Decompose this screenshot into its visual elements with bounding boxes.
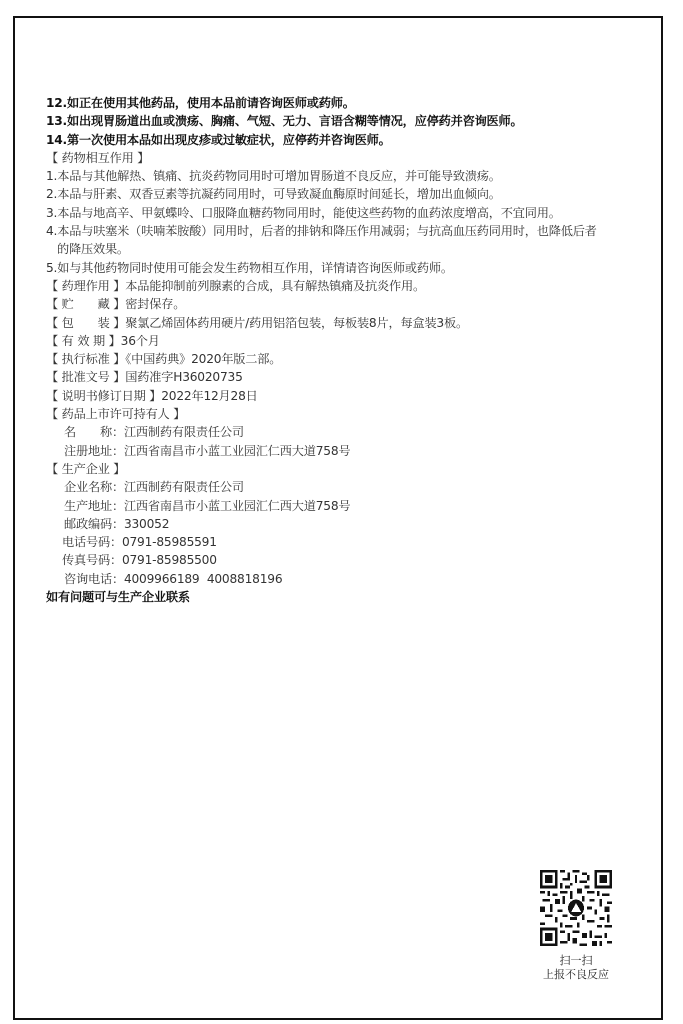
- row-label: 邮政编码：: [64, 517, 124, 531]
- precaution-12: 12.如正在使用其他药品，使用本品前请咨询医师或药师。: [46, 94, 656, 112]
- row-value: 0791-85985591: [122, 535, 217, 549]
- row-label: 传真号码：: [62, 553, 122, 567]
- field-label: 【 说明书修订日期 】: [46, 389, 161, 403]
- field-approval-number: 【 批准文号 】国药准字H36020735: [46, 368, 656, 386]
- field-value: 密封保存。: [125, 297, 185, 311]
- field-value: 本品能抑制前列腺素的合成，具有解热镇痛及抗炎作用。: [125, 279, 425, 293]
- precaution-14: 14.第一次使用本品如出现皮疹或过敏症状，应停药并咨询医师。: [46, 131, 656, 149]
- precaution-13: 13.如出现胃肠道出血或溃疡、胸痛、气短、无力、言语含糊等情况，应停药并咨询医师…: [46, 112, 656, 130]
- row-label: 生产地址：: [64, 499, 124, 513]
- field-standard: 【 执行标准 】《中国药典》2020年版二部。: [46, 350, 656, 368]
- row-value: 0791-85985500: [122, 553, 217, 567]
- field-value: 36个月: [121, 334, 160, 348]
- manufacturer-heading: 【 生产企业 】: [46, 460, 656, 478]
- manufacturer-hotline: 咨询电话：4009966189 4008818196: [46, 570, 656, 588]
- field-revision-date: 【 说明书修订日期 】2022年12月28日: [46, 387, 656, 405]
- field-label: 【 有 效 期 】: [46, 334, 121, 348]
- manufacturer-address: 生产地址：江西省南昌市小蓝工业园汇仁西大道758号: [46, 497, 656, 515]
- row-label: 咨询电话：: [64, 572, 124, 586]
- row-value: 330052: [124, 517, 169, 531]
- manufacturer-fax: 传真号码：0791-85985500: [46, 551, 656, 569]
- manufacturer-name: 企业名称：江西制药有限责任公司: [46, 478, 656, 496]
- footer-note: 如有问题可与生产企业联系: [46, 588, 656, 606]
- holder-heading: 【 药品上市许可持有人 】: [46, 405, 656, 423]
- field-value: 《中国药典》2020年版二部。: [125, 352, 281, 366]
- row-value: 江西省南昌市小蓝工业园汇仁西大道758号: [124, 444, 350, 458]
- field-label: 【 包 装 】: [46, 316, 125, 330]
- row-value: 江西制药有限责任公司: [124, 480, 244, 494]
- field-pharmacology: 【 药理作用 】本品能抑制前列腺素的合成，具有解热镇痛及抗炎作用。: [46, 277, 656, 295]
- interaction-item-4: 4.本品与呋塞米（呋喃苯胺酸）同用时，后者的排钠和降压作用减弱；与抗高血压药同用…: [46, 222, 656, 240]
- row-value: 4009966189 4008818196: [124, 572, 282, 586]
- field-label: 【 贮 藏 】: [46, 297, 125, 311]
- field-value: 聚氯乙烯固体药用硬片/药用铝箔包装，每板装8片，每盒装3板。: [125, 316, 468, 330]
- interaction-item-4-cont: 的降压效果。: [46, 240, 656, 258]
- leaflet-content: 12.如正在使用其他药品，使用本品前请咨询医师或药师。 13.如出现胃肠道出血或…: [46, 94, 656, 606]
- qr-code-icon[interactable]: [540, 870, 612, 946]
- row-label: 企业名称：: [64, 480, 124, 494]
- manufacturer-phone: 电话号码：0791-85985591: [46, 533, 656, 551]
- interactions-heading: 【 药物相互作用 】: [46, 149, 656, 167]
- interaction-item-5: 5.如与其他药物同时使用可能会发生药物相互作用，详情请咨询医师或药师。: [46, 259, 656, 277]
- row-value: 江西制药有限责任公司: [124, 425, 244, 439]
- field-value: 国药准字H36020735: [125, 370, 242, 384]
- qr-report-block: 扫一扫 上报不良反应: [538, 870, 614, 982]
- field-storage: 【 贮 藏 】密封保存。: [46, 295, 656, 313]
- qr-caption-line1: 扫一扫: [538, 954, 614, 968]
- row-label: 电话号码：: [62, 535, 122, 549]
- interaction-item-2: 2.本品与肝素、双香豆素等抗凝药同用时，可导致凝血酶原时间延长，增加出血倾向。: [46, 185, 656, 203]
- interaction-item-1: 1.本品与其他解热、镇痛、抗炎药物同用时可增加胃肠道不良反应，并可能导致溃疡。: [46, 167, 656, 185]
- qr-caption: 扫一扫 上报不良反应: [538, 954, 614, 982]
- field-label: 【 执行标准 】: [46, 352, 125, 366]
- row-label: 名 称：: [64, 425, 124, 439]
- field-packaging: 【 包 装 】聚氯乙烯固体药用硬片/药用铝箔包装，每板装8片，每盒装3板。: [46, 314, 656, 332]
- qr-caption-line2: 上报不良反应: [538, 968, 614, 982]
- field-label: 【 药理作用 】: [46, 279, 125, 293]
- row-value: 江西省南昌市小蓝工业园汇仁西大道758号: [124, 499, 350, 513]
- field-value: 2022年12月28日: [161, 389, 257, 403]
- holder-name: 名 称：江西制药有限责任公司: [46, 423, 656, 441]
- field-label: 【 批准文号 】: [46, 370, 125, 384]
- interaction-item-3: 3.本品与地高辛、甲氨蝶呤、口服降血糖药物同用时，能使这些药物的血药浓度增高，不…: [46, 204, 656, 222]
- holder-address: 注册地址：江西省南昌市小蓝工业园汇仁西大道758号: [46, 442, 656, 460]
- row-label: 注册地址：: [64, 444, 124, 458]
- manufacturer-postcode: 邮政编码：330052: [46, 515, 656, 533]
- field-shelf-life: 【 有 效 期 】36个月: [46, 332, 656, 350]
